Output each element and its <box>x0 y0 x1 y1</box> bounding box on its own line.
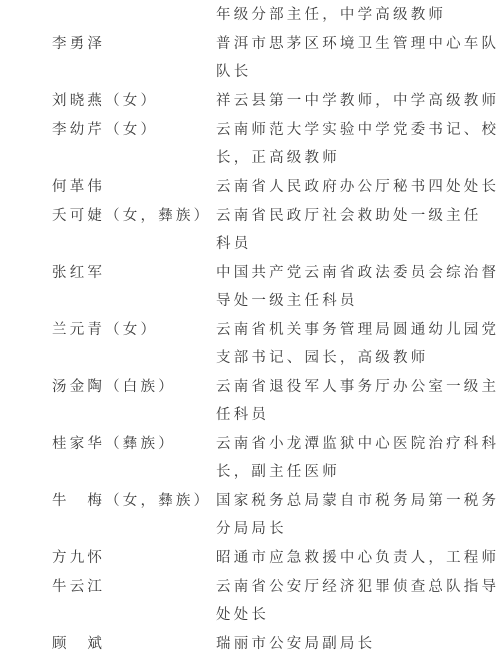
entry-name: 牛 梅（女，彝族） <box>52 487 211 515</box>
entry-name: 方九怀 <box>52 544 105 572</box>
entry-title-line: 瑞丽市公安局副局长 <box>216 630 375 658</box>
entry-name: 李勇泽 <box>52 30 105 58</box>
entry-title-line: 云南省退役军人事务厅办公室一级主 <box>216 373 499 401</box>
entry-title-line: 云南省民政厅社会救助处一级主任 <box>216 202 482 230</box>
entry-title-line: 云南省小龙潭监狱中心医院治疗科科 <box>216 430 499 458</box>
entry-title-line: 科员 <box>216 230 251 258</box>
entry-title-line: 长，副主任医师 <box>216 458 340 486</box>
entry-name: 顾 斌 <box>52 630 105 658</box>
entry-title-line: 中国共产党云南省政法委员会综治督 <box>216 259 499 287</box>
document-page: 年级分部主任，中学高级教师 李勇泽 普洱市思茅区环境卫生管理中心车队 队长 刘晓… <box>0 0 499 670</box>
entry-title-line: 国家税务总局蒙自市税务局第一税务 <box>216 487 499 515</box>
entry-name: 李幼芹（女） <box>52 116 158 144</box>
entry-title-line: 队长 <box>216 58 251 86</box>
entry-title-line: 分局局长 <box>216 515 287 543</box>
entry-title-line: 祥云县第一中学教师，中学高级教师 <box>216 87 499 115</box>
entry-title-line: 云南师范大学实验中学党委书记、校 <box>216 116 499 144</box>
entry-title-line: 昭通市应急救援中心负责人，工程师 <box>216 544 499 572</box>
entry-name: 刘晓燕（女） <box>52 87 158 115</box>
entry-title-line: 普洱市思茅区环境卫生管理中心车队 <box>216 30 499 58</box>
entry-title-line: 云南省机关事务管理局圆通幼儿园党 <box>216 316 499 344</box>
entry-title-line: 长，正高级教师 <box>216 144 340 172</box>
entry-name: 张红军 <box>52 259 105 287</box>
continuation-line: 年级分部主任，中学高级教师 <box>216 1 446 29</box>
entry-name: 牛云江 <box>52 573 105 601</box>
entry-title-line: 导处一级主任科员 <box>216 287 358 315</box>
entry-title-line: 云南省人民政府办公厅秘书四处处长 <box>216 173 499 201</box>
entry-name: 何革伟 <box>52 173 105 201</box>
entry-name: 兰元青（女） <box>52 316 158 344</box>
entry-title-line: 云南省公安厅经济犯罪侦查总队指导 <box>216 573 499 601</box>
entry-title-line: 处处长 <box>216 601 269 629</box>
entry-name: 汤金陶（白族） <box>52 373 176 401</box>
entry-title-line: 支部书记、园长，高级教师 <box>216 344 428 372</box>
entry-title-line: 任科员 <box>216 401 269 429</box>
entry-name: 桂家华（彝族） <box>52 430 176 458</box>
entry-name: 夭可婕（女，彝族） <box>52 202 211 230</box>
